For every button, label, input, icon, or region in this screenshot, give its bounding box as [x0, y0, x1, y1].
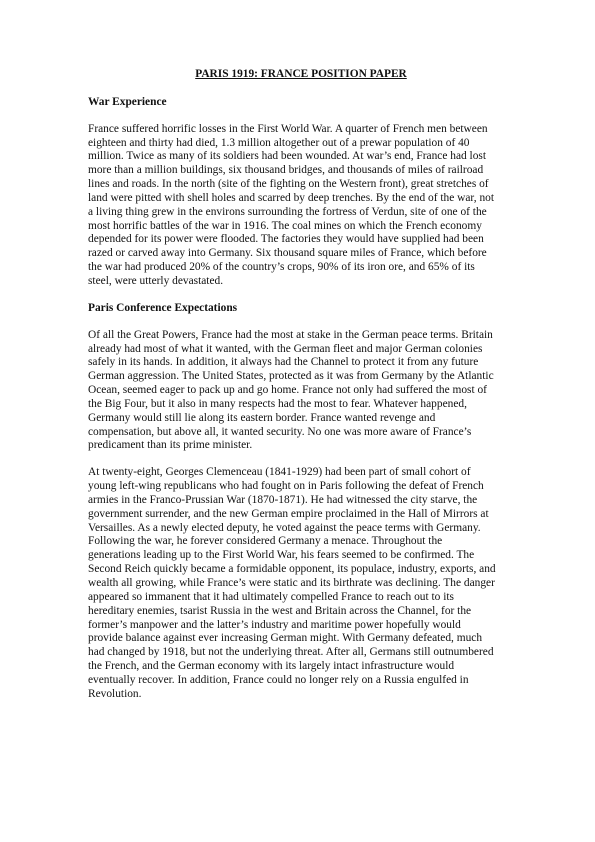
text-line: steel, were utterly devastated.: [88, 275, 510, 289]
text-line: predicament than its prime minister.: [88, 439, 510, 453]
text-line: government surrender, and the new German…: [88, 508, 510, 522]
text-line: former’s manpower and the latter’s indus…: [88, 619, 510, 633]
text-line: young left-wing republicans who had foug…: [88, 480, 510, 494]
section-paris-conference-expectations: Paris Conference Expectations Of all the…: [88, 302, 510, 702]
section-heading: War Experience: [88, 96, 510, 110]
text-line: Following the war, he forever considered…: [88, 535, 510, 549]
text-line: more than a million buildings, six thous…: [88, 164, 510, 178]
document-title: PARIS 1919: FRANCE POSITION PAPER: [88, 68, 510, 82]
paragraph: Of all the Great Powers, France had the …: [88, 329, 510, 454]
text-line: wealth all growing, while France’s were …: [88, 577, 510, 591]
text-line: generations leading up to the First Worl…: [88, 549, 510, 563]
text-line: Of all the Great Powers, France had the …: [88, 329, 510, 343]
text-line: eventually recover. In addition, France …: [88, 674, 510, 688]
document-page: PARIS 1919: FRANCE POSITION PAPER War Ex…: [88, 68, 510, 715]
text-line: already had most of what it wanted, with…: [88, 343, 510, 357]
text-line: depended for its power were flooded. The…: [88, 233, 510, 247]
text-line: razed or carved away into Germany. Six t…: [88, 247, 510, 261]
text-line: provide balance against ever increasing …: [88, 632, 510, 646]
text-line: At twenty-eight, Georges Clemenceau (184…: [88, 466, 510, 480]
text-line: the Big Four, but it also in many respec…: [88, 398, 510, 412]
text-line: Germany would still lie along its easter…: [88, 412, 510, 426]
paragraph: France suffered horrific losses in the F…: [88, 123, 510, 289]
section-heading: Paris Conference Expectations: [88, 302, 510, 316]
paragraph: At twenty-eight, Georges Clemenceau (184…: [88, 466, 510, 701]
text-line: most horrific battles of the war in 1916…: [88, 220, 510, 234]
text-line: German aggression. The United States, pr…: [88, 370, 510, 384]
text-line: lines and roads. In the north (site of t…: [88, 178, 510, 192]
text-line: land were pitted with shell holes and sc…: [88, 192, 510, 206]
text-line: million. Twice as many of its soldiers h…: [88, 150, 510, 164]
text-line: had changed by 1918, but not the underly…: [88, 646, 510, 660]
text-line: the war had produced 20% of the country’…: [88, 261, 510, 275]
text-line: France suffered horrific losses in the F…: [88, 123, 510, 137]
text-line: Versailles. As a newly elected deputy, h…: [88, 522, 510, 536]
text-line: the French, and the German economy with …: [88, 660, 510, 674]
text-line: armies in the Franco-Prussian War (1870-…: [88, 494, 510, 508]
text-line: Ocean, seemed eager to pack up and go ho…: [88, 384, 510, 398]
section-war-experience: War Experience France suffered horrific …: [88, 96, 510, 289]
text-line: eighteen and thirty had died, 1.3 millio…: [88, 137, 510, 151]
text-line: Second Reich quickly became a formidable…: [88, 563, 510, 577]
text-line: safely in its hands. In addition, it alw…: [88, 356, 510, 370]
text-line: compensation, but above all, it wanted s…: [88, 426, 510, 440]
text-line: appeared so immanent that it had ultimat…: [88, 591, 510, 605]
text-line: Revolution.: [88, 688, 510, 702]
text-line: a living thing grew in the environs surr…: [88, 206, 510, 220]
text-line: hereditary enemies, tsarist Russia in th…: [88, 605, 510, 619]
